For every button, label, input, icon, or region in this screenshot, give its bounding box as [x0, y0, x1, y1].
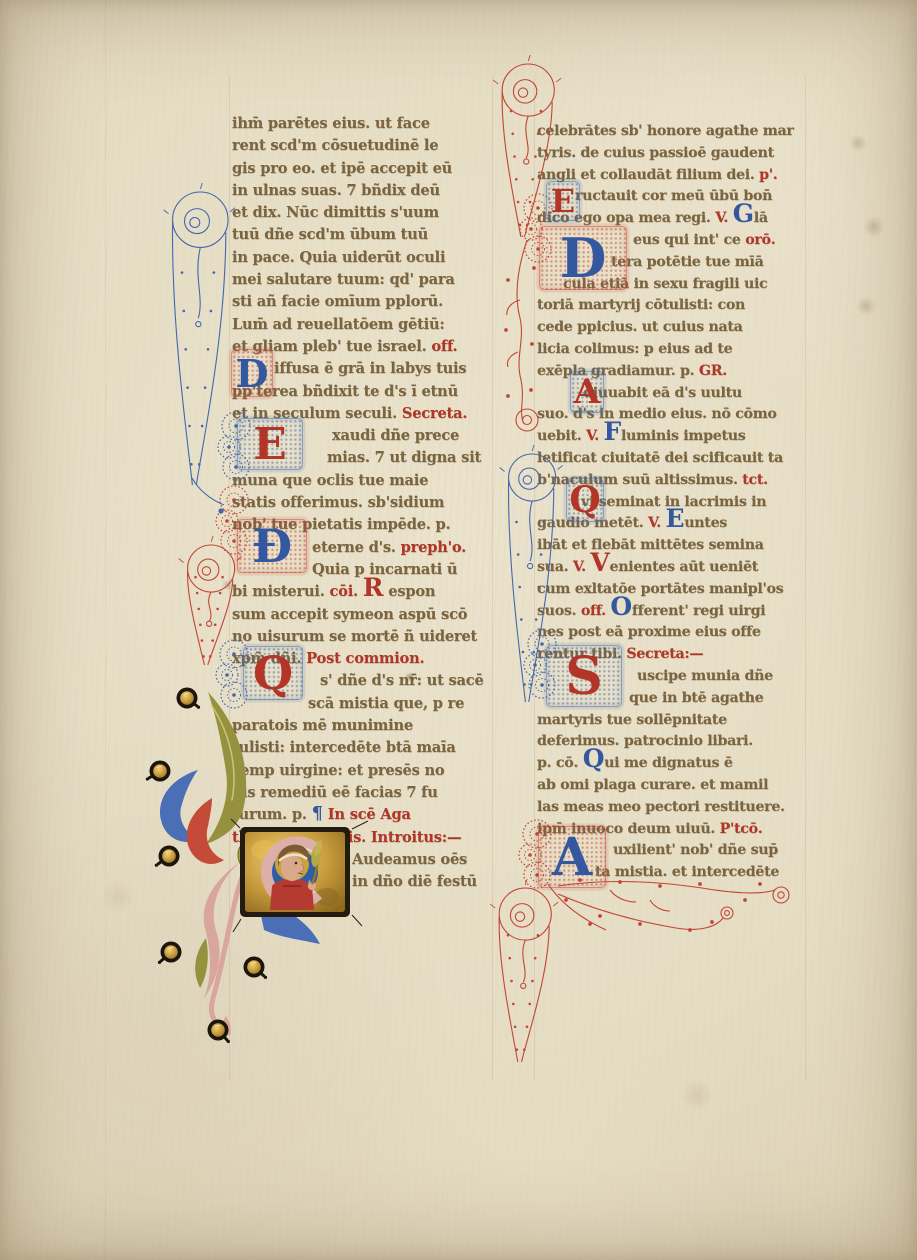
illuminated-initial-Q: Q — [243, 646, 303, 700]
gold-bezant — [244, 957, 268, 979]
manuscript-page: ihm̄ parētes eius. ut facerent scd'm cōs… — [0, 0, 917, 1260]
gold-bezant — [155, 846, 180, 867]
penwork-flourish-red-left — [179, 536, 242, 665]
illuminated-initial-E: E — [546, 181, 580, 221]
illuminated-initial-E: E — [237, 418, 303, 470]
illuminated-initial-Ð: Ð — [237, 519, 307, 573]
penwork-flourish-red-gutter-bottom — [490, 879, 558, 1062]
historiated-initial-G — [231, 819, 368, 932]
illuminated-initial-Q: Q — [566, 478, 604, 522]
illuminated-initial-A: A — [570, 371, 604, 413]
illuminated-initial-A: A — [538, 826, 606, 888]
gold-bezant — [146, 761, 171, 782]
penwork-tendril-red-gutter — [505, 240, 538, 431]
gold-bezant — [177, 688, 201, 709]
gold-bezant — [158, 942, 182, 964]
illuminated-initial-S: S — [546, 645, 622, 707]
illuminated-initial-D: D — [231, 349, 273, 397]
penwork-flourish-blue-left — [164, 183, 235, 485]
illumination-layer — [0, 0, 917, 1260]
illuminated-initial-D: D — [539, 226, 627, 290]
